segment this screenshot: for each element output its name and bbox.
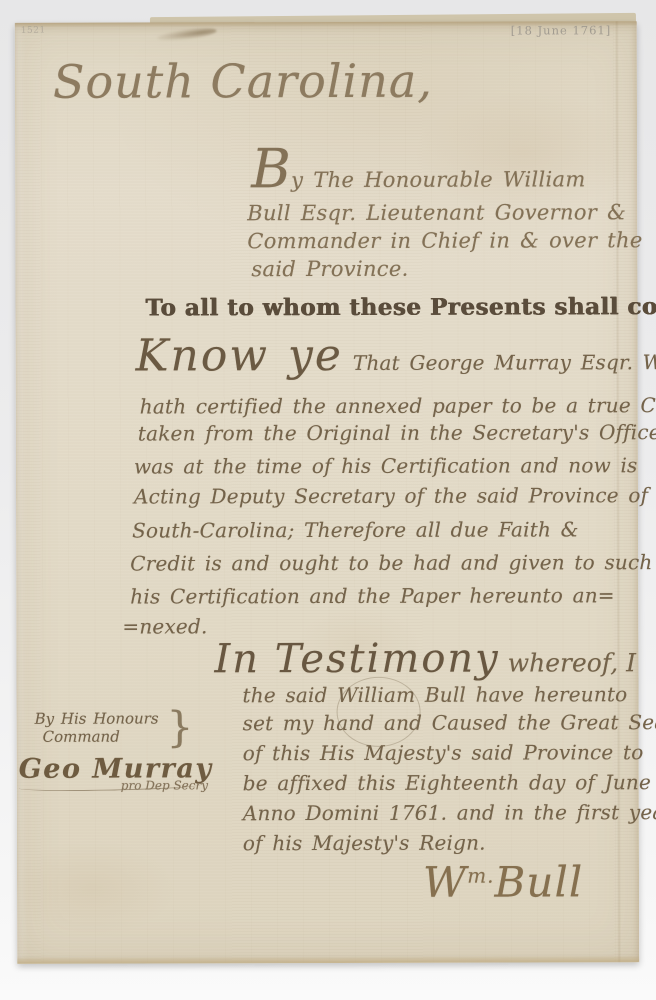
signature-first: W (423, 858, 467, 907)
body-line: South-Carolina; Therefore all due Faith … (132, 519, 579, 540)
body-line: Acting Deputy Secretary of the said Prov… (134, 485, 648, 506)
body-opening-rest: That George Murray Esqr. Who (353, 350, 656, 375)
scanned-manuscript-page: { "document": { "annotations": { "top_le… (0, 0, 656, 1000)
testimony-line: of this His Majesty's said Province to (243, 742, 644, 763)
testimony-line: of his Majesty's Reign. (243, 833, 486, 854)
governor-signature: Wm.Bull (423, 861, 583, 903)
testimony-line: Anno Domini 1761. and in the first year (243, 802, 656, 823)
body-line: his Certification and the Paper hereunto… (130, 585, 615, 606)
body-line: was at the time of his Certification and… (134, 455, 638, 476)
body-opening-line: Know yeThat George Murray Esqr. Who (136, 333, 656, 378)
date-annotation: [18 June 1761] (511, 25, 611, 37)
body-line: taken from the Original in the Secretary… (138, 422, 656, 443)
archival-number: 1521 (21, 27, 46, 36)
margin-attestation-line-1: By His Honours (35, 711, 159, 726)
document-title: South Carolina, (53, 58, 433, 105)
body-line: =nexed. (122, 616, 207, 636)
testimony-opening: In Testimony (214, 636, 499, 683)
margin-attestation-line-2: Command (43, 730, 120, 745)
by-clause-line-1-text: y The Honourable William (291, 167, 585, 192)
body-line: hath certified the annexed paper to be a… (140, 395, 656, 416)
testimony-line: set my hand and Caused the Great Seal (243, 712, 656, 733)
secretary-title: pro Dep Secry (121, 779, 208, 791)
testimony-line: be affixed this Eighteenth day of June (243, 772, 651, 793)
by-clause-line-2: Bull Esqr. Lieutenant Governor & (247, 202, 626, 224)
testimony-opening-line: In Testimonywhereof, I (214, 638, 636, 679)
manuscript-paper: 1521 [18 June 1761] South Carolina, By T… (15, 21, 639, 964)
testimony-line: the said William Bull have hereunto (243, 684, 628, 705)
signature-superscript: m. (467, 864, 494, 888)
testimony-opening-rest: whereof, I (508, 648, 636, 677)
presents-heading: To all to whom these Presents shall come (145, 293, 656, 321)
by-clause-line-3: Commander in Chief in & over the (247, 230, 642, 252)
body-line: Credit is and ought to be had and given … (130, 552, 652, 573)
by-clause-line-1: By The Honourable William (251, 141, 585, 196)
know-ye-initial: Know ye (136, 330, 343, 382)
ink-smudge (156, 26, 217, 43)
by-clause-line-4: said Province. (251, 259, 408, 280)
signature-rest: Bull (494, 857, 583, 906)
margin-brace: } (167, 706, 194, 748)
by-clause-initial: B (251, 137, 291, 200)
